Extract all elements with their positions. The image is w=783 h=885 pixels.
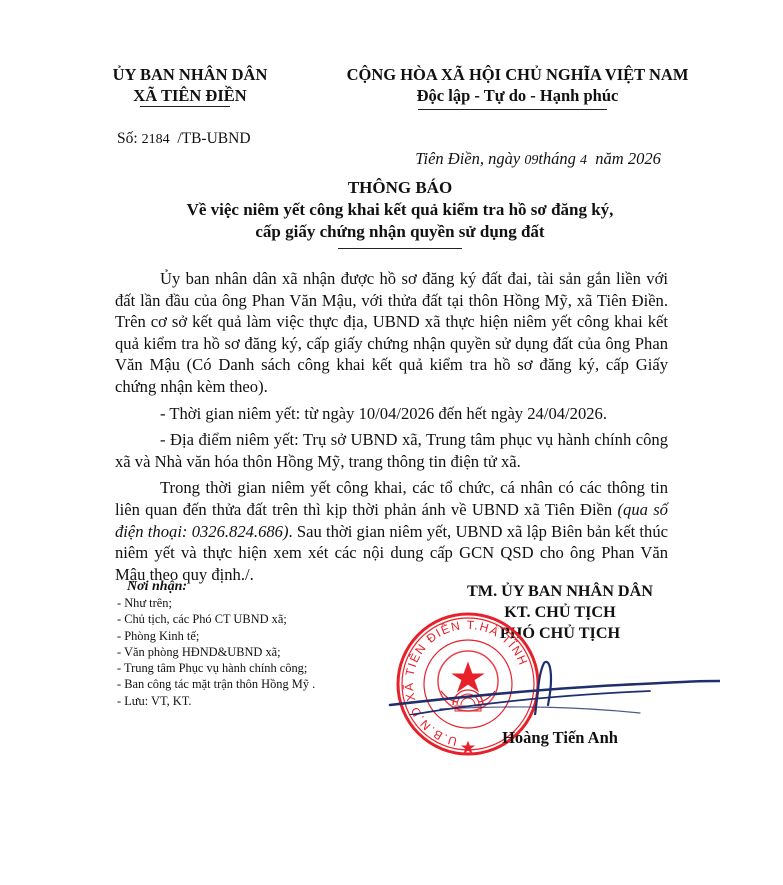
date-place: Tiên Điền, ngày xyxy=(415,149,524,168)
recipient-item: - Chủ tịch, các Phó CT UBND xã; xyxy=(117,611,377,627)
authority-underline xyxy=(140,106,230,107)
recipients-list: - Như trên; - Chủ tịch, các Phó CT UBND … xyxy=(117,595,377,709)
body-bullet-location: - Địa điểm niêm yết: Trụ sở UBND xã, Tru… xyxy=(115,429,668,472)
sign-on-behalf: TM. ỦY BAN NHÂN DÂN xyxy=(400,581,720,602)
title-underline xyxy=(338,248,462,249)
body-paragraph-1: Ủy ban nhân dân xã nhận được hồ sơ đăng … xyxy=(115,268,668,398)
recipient-item: - Văn phòng HĐND&UBND xã; xyxy=(117,644,377,660)
body-paragraph-3: Trong thời gian niêm yết công khai, các … xyxy=(115,477,668,585)
national-motto: Độc lập - Tự do - Hạnh phúc xyxy=(320,85,715,106)
recipient-item: - Lưu: VT, KT. xyxy=(117,693,377,709)
national-title: CỘNG HÒA XÃ HỘI CHỦ NGHĨA VIỆT NAM Độc l… xyxy=(320,64,715,106)
document-date: Tiên Điền, ngày 09tháng 4 năm 2026 xyxy=(407,129,661,169)
date-day: 09 xyxy=(524,153,538,168)
recipient-item: - Ban công tác mặt trận thôn Hồng Mỹ . xyxy=(117,676,377,692)
signer-name: Hoàng Tiến Anh xyxy=(400,728,720,748)
recipient-item: - Trung tâm Phục vụ hành chính công; xyxy=(117,660,377,676)
recipients-block: Nơi nhận: - Như trên; - Chủ tịch, các Ph… xyxy=(117,578,377,709)
notice-heading: THÔNG BÁO xyxy=(120,177,680,199)
body-bullet-period: - Thời gian niêm yết: từ ngày 10/04/2026… xyxy=(115,403,668,425)
para3-text: Trong thời gian niêm yết công khai, các … xyxy=(115,478,668,519)
notice-body: Ủy ban nhân dân xã nhận được hồ sơ đăng … xyxy=(115,268,668,585)
handwritten-signature-icon xyxy=(380,655,720,715)
notice-subject-line1: Về việc niêm yết công khai kết quả kiểm … xyxy=(120,199,680,221)
notice-title: THÔNG BÁO Về việc niêm yết công khai kết… xyxy=(120,177,680,243)
recipients-heading: Nơi nhận: xyxy=(117,578,377,595)
recipient-item: - Như trên; xyxy=(117,595,377,611)
issuing-authority: ỦY BAN NHÂN DÂN XÃ TIÊN ĐIỀN xyxy=(90,64,290,106)
authority-name: ỦY BAN NHÂN DÂN xyxy=(90,64,290,85)
document-number: Số: 2184 /TB-UBND xyxy=(117,130,251,148)
doc-number-label: Số: xyxy=(117,130,142,147)
doc-number-value: 2184 xyxy=(142,132,170,147)
country-name: CỘNG HÒA XÃ HỘI CHỦ NGHĨA VIỆT NAM xyxy=(320,64,715,85)
recipient-item: - Phòng Kinh tế; xyxy=(117,628,377,644)
commune-name: XÃ TIÊN ĐIỀN xyxy=(90,85,290,106)
doc-number-suffix: /TB-UBND xyxy=(170,130,251,147)
motto-underline xyxy=(418,109,607,110)
notice-subject-line2: cấp giấy chứng nhận quyền sử dụng đất xyxy=(120,221,680,243)
date-month-label: tháng xyxy=(538,149,580,168)
date-month: 4 xyxy=(580,153,587,168)
date-year: năm 2026 xyxy=(587,149,661,168)
